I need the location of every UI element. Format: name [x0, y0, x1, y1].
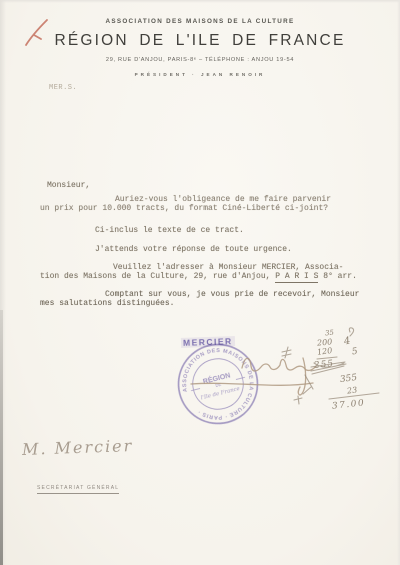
pencil-total: 37.00 [332, 398, 366, 411]
letter-page: ASSOCIATION DES MAISONS DE LA CULTURE RÉ… [0, 0, 400, 565]
reference-code: MER.S. [49, 84, 77, 92]
stamp-center-line2: DE [215, 382, 222, 388]
pencil-number: 4 [343, 335, 352, 347]
pencil-number: 355 [339, 373, 357, 385]
secretariat-stamp: SECRÉTARIAT GÉNÉRAL [37, 485, 119, 494]
body-line-p4-2: tion des Maisons de la Culture, 29, rue … [40, 272, 357, 281]
pencil-number: 5 [351, 347, 358, 358]
body-line-p4-1: Veuillez l'adresser à Monsieur MERCIER, … [113, 263, 343, 272]
handwritten-signature: M. Mercier [22, 436, 134, 459]
body-line-p3: J'attends votre réponse de toute urgence… [95, 245, 292, 254]
address-line: 29, RUE D'ANJOU, PARIS-8ᵉ – TÉLÉPHONE : … [0, 57, 400, 63]
association-name: ASSOCIATION DES MAISONS DE LA CULTURE [0, 18, 400, 25]
round-association-stamp: ASSOCIATION DES MAISONS DE LA CULTURE · … [167, 333, 269, 435]
body-line-p4-2-post: 8° arr. [318, 272, 356, 281]
pencil-number-crossed: 255 [314, 359, 335, 371]
scan-edge-left-shadow [0, 310, 3, 565]
city-underlined: P A R I S [275, 272, 318, 283]
body-line-p5-1: Comptant sur vous, je vous prie de recev… [105, 290, 359, 299]
body-line-p4-2-pre: tion des Maisons de la Culture, 29, rue … [40, 272, 275, 281]
pencil-number: 120 [317, 346, 333, 357]
body-line-p1-1: Auriez-vous l'obligeance de me faire par… [115, 195, 331, 204]
body-line-p5-2: mes salutations distinguées. [40, 299, 174, 308]
body-line-p2: Ci-inclus le texte de ce tract. [95, 226, 244, 235]
region-title: RÉGION DE L'ILE DE FRANCE [0, 32, 400, 50]
body-line-p1-2: un prix pour 10.000 tracts, du format Ci… [40, 204, 328, 213]
pencil-number: 23 [346, 385, 357, 395]
president-line: PRÉSIDENT · JEAN RENOIR [0, 72, 400, 77]
round-stamp-graphic: ASSOCIATION DES MAISONS DE LA CULTURE · … [167, 333, 269, 435]
pencil-number: 35 [325, 329, 335, 338]
salutation: Monsieur, [47, 181, 90, 190]
stamp-center-line3: l'Ile de France [200, 386, 240, 401]
scan-edge-top [0, 0, 400, 3]
